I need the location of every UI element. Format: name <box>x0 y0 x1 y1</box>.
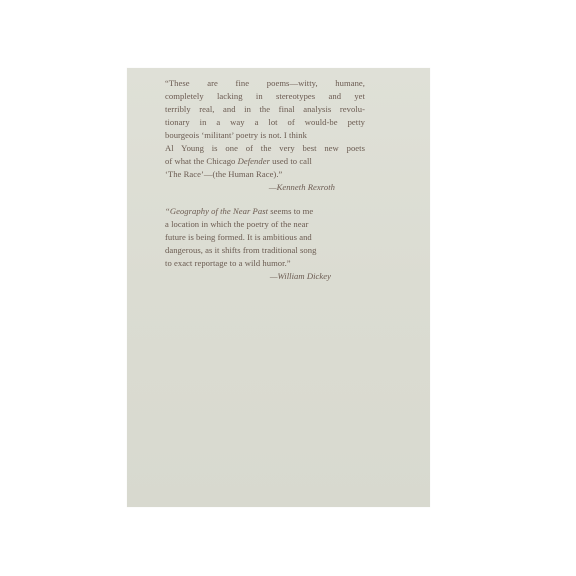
blurb-line: bourgeois ‘militant’ poetry is not. I th… <box>165 129 365 142</box>
blurb-line: dangerous, as it shifts from traditional… <box>165 244 365 257</box>
blurb-text: seems to me <box>268 206 313 216</box>
blurb-text: used to call <box>270 156 312 166</box>
blurb-text: of what the Chicago <box>165 156 238 166</box>
blurb-line: future is being formed. It is ambitious … <box>165 231 365 244</box>
blurb-attribution: —Kenneth Rexroth <box>165 181 365 194</box>
blurb-line: completely lacking in stereotypes and ye… <box>165 90 365 103</box>
blurb-line: terribly real, and in the final analysis… <box>165 103 365 116</box>
newspaper-title: Defender <box>238 156 270 166</box>
blurb-line: Al Young is one of the very best new poe… <box>165 142 365 155</box>
blurb-attribution: —William Dickey <box>165 270 365 283</box>
blurb-line: “These are fine poems—witty, humane, <box>165 77 365 90</box>
blurb-line: a location in which the poetry of the ne… <box>165 218 365 231</box>
blurb-dickey: “Geography of the Near Past seems to me … <box>165 205 365 283</box>
blurb-line: tionary in a way a lot of would-be petty <box>165 116 365 129</box>
blurb-rexroth: “These are fine poems—witty, humane, com… <box>165 77 365 194</box>
book-title: “Geography of the Near Past <box>165 206 268 216</box>
blurb-line: “Geography of the Near Past seems to me <box>165 205 365 218</box>
blurb-line: of what the Chicago Defender used to cal… <box>165 155 365 168</box>
book-back-cover: “These are fine poems—witty, humane, com… <box>127 68 430 507</box>
product-photo-stage: “These are fine poems—witty, humane, com… <box>0 0 576 576</box>
blurb-line: to exact reportage to a wild humor.” <box>165 257 365 270</box>
blurb-line: ‘The Race’—(the Human Race).” <box>165 168 365 181</box>
